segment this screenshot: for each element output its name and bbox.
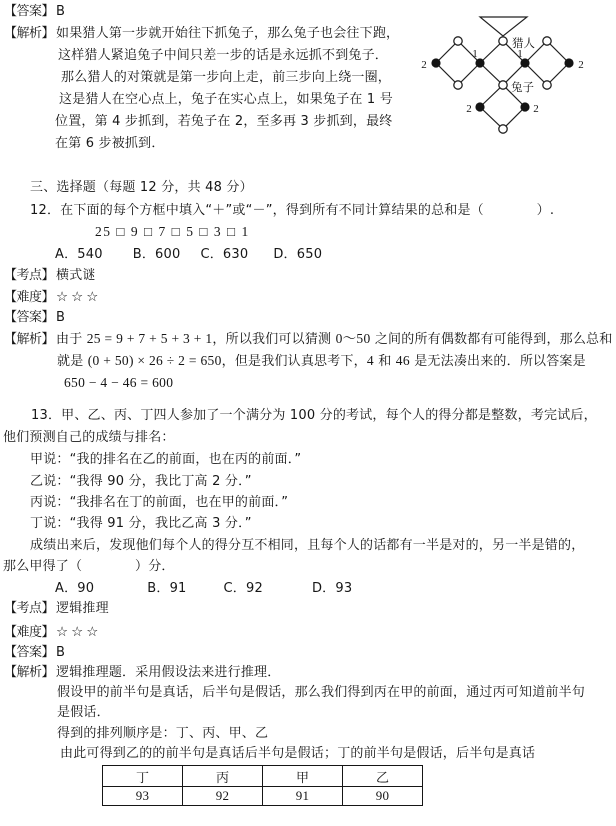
header-cell-jia: 甲 bbox=[263, 766, 343, 787]
q13-option-c: C．92 bbox=[224, 581, 263, 597]
q13-options: A．90B．91C．92D．93 bbox=[55, 581, 352, 597]
q13-statement-yi: 乙说：“我得 90 分，我比丁高 2 分．” bbox=[30, 474, 252, 490]
q13-option-b: B．91 bbox=[147, 581, 186, 597]
hunter-label: 猎人 bbox=[512, 36, 535, 50]
q11-analysis-line-5: 位置，第 4 步抓到，若兔子在 2，至多再 3 步抓到，最终 bbox=[55, 114, 392, 130]
q12-daan-line: 【答案】B bbox=[4, 310, 65, 326]
q12-jiexi-line-3: 650 − 4 − 46 = 600 bbox=[64, 375, 173, 392]
pos2-label: 2 bbox=[466, 103, 472, 115]
header-cell-yi: 乙 bbox=[343, 766, 423, 787]
open-node-hunter bbox=[499, 37, 507, 45]
hunter-rabbit-diagram: 1 1 2 2 2 2 猎人 兔子 bbox=[408, 2, 616, 147]
open-node bbox=[543, 81, 551, 89]
value-cell-bing: 92 bbox=[183, 787, 263, 806]
pos2-label: 2 bbox=[578, 59, 584, 71]
answer-label: 【答案】 bbox=[4, 310, 54, 325]
analysis-label: 【解析】 bbox=[4, 26, 54, 41]
pos1-label: 1 bbox=[472, 48, 478, 60]
rabbit-label: 兔子 bbox=[511, 80, 534, 94]
q13-closing-line-2: 那么甲得了（ ）分． bbox=[3, 559, 175, 575]
open-node bbox=[499, 125, 507, 133]
kaodian-label: 【考点】 bbox=[4, 601, 54, 616]
difficulty-stars: ☆☆☆ bbox=[56, 289, 101, 305]
document-page: 【答案】B 【解析】如果猎人第一步就开始往下抓兔子，那么兔子也会往下跑， 这样猎… bbox=[0, 0, 616, 826]
pos2-label: 2 bbox=[533, 103, 539, 115]
analysis-text: 由于 25 = 9 + 7 + 5 + 3 + 1，所以我们可以猜测 0～50 … bbox=[56, 332, 612, 347]
value-cell-yi: 90 bbox=[343, 787, 423, 806]
q13-jiexi-line-4: 得到的排列顺序是：丁、丙、甲、乙 bbox=[57, 726, 268, 742]
q13-stem-line-1: 13．甲、乙、丙、丁四人参加了一个满分为 100 分的考试，每个人的得分都是整数… bbox=[31, 408, 597, 424]
answer-value: B bbox=[56, 310, 65, 325]
open-node bbox=[454, 37, 462, 45]
q12-kaodian-line: 【考点】横式谜 bbox=[4, 268, 96, 284]
flag-triangle-icon bbox=[480, 17, 527, 36]
q13-statement-jia: 甲说：“我的排名在乙的前面，也在丙的前面．” bbox=[30, 452, 301, 468]
analysis-label: 【解析】 bbox=[4, 665, 54, 680]
open-node bbox=[454, 81, 462, 89]
q12-option-b: B．600 bbox=[133, 247, 181, 263]
header-cell-ding: 丁 bbox=[103, 766, 183, 787]
q13-closing-line-1: 成绩出来后，发现他们每个人的得分互不相同，且每个人的话都有一半是对的，另一半是错… bbox=[30, 538, 584, 554]
q13-jiexi-line-2: 假设甲的前半句是真话，后半句是假话，那么我们得到丙在甲的前面，通过丙可知道前半句 bbox=[57, 685, 585, 701]
filled-node-2 bbox=[564, 58, 573, 67]
open-node bbox=[543, 37, 551, 45]
score-table-header-row: 丁 丙 甲 乙 bbox=[103, 766, 423, 787]
filled-node-2 bbox=[520, 102, 529, 111]
answer-label: 【答案】 bbox=[4, 4, 54, 19]
value-cell-jia: 91 bbox=[263, 787, 343, 806]
q12-option-a: A．540 bbox=[55, 247, 103, 263]
kaodian-value: 逻辑推理 bbox=[56, 601, 109, 616]
q13-daan-line: 【答案】B bbox=[4, 645, 65, 661]
open-node-rabbit bbox=[499, 81, 507, 89]
score-table: 丁 丙 甲 乙 93 92 91 90 bbox=[102, 765, 423, 806]
kaodian-label: 【考点】 bbox=[4, 268, 54, 283]
q12-options: A．540B．600C．630D．650 bbox=[55, 247, 322, 263]
section3-title: 三、选择题（每题 12 分，共 48 分） bbox=[30, 180, 253, 196]
kaodian-value: 横式谜 bbox=[56, 268, 96, 283]
difficulty-stars: ☆☆☆ bbox=[56, 624, 101, 640]
analysis-text: 如果猎人第一步就开始往下抓兔子，那么兔子也会往下跑， bbox=[56, 26, 399, 41]
q13-jiexi-line-5: 由此可得到乙的的前半句是真话后半句是假话；丁的前半句是假话，后半句是真话 bbox=[60, 746, 535, 762]
score-table-value-row: 93 92 91 90 bbox=[103, 787, 423, 806]
answer-value: B bbox=[56, 4, 65, 19]
q12-option-d: D．650 bbox=[273, 247, 322, 263]
header-cell-bing: 丙 bbox=[183, 766, 263, 787]
q12-stem: 12．在下面的每个方框中填入“＋”或“－”，得到所有不同计算结果的总和是（ ）. bbox=[30, 203, 554, 219]
q13-option-d: D．93 bbox=[312, 581, 352, 597]
q11-analysis-line-3: 那么猎人的对策就是第一步向上走，前三步向上绕一圈， bbox=[61, 70, 391, 86]
q13-statement-bing: 丙说：“我排名在丁的前面，也在甲的前面．” bbox=[30, 495, 288, 511]
q11-analysis-line-6: 在第 6 步被抓到． bbox=[55, 136, 165, 152]
q13-jiexi-line-1: 【解析】逻辑推理题．采用假设法来进行推理． bbox=[4, 665, 280, 681]
answer-label: 【答案】 bbox=[4, 645, 54, 660]
q13-statement-ding: 丁说：“我得 91 分，我比乙高 3 分．” bbox=[30, 516, 252, 532]
filled-node-2 bbox=[431, 58, 440, 67]
q11-analysis-line-4: 这是猎人在空心点上，兔子在实心点上，如果兔子在 1 号 bbox=[59, 92, 393, 108]
q13-option-a: A．90 bbox=[55, 581, 94, 597]
q12-option-c: C．630 bbox=[200, 247, 248, 263]
value-cell-ding: 93 bbox=[103, 787, 183, 806]
q11-analysis-line-1: 【解析】如果猎人第一步就开始往下抓兔子，那么兔子也会往下跑， bbox=[4, 26, 399, 42]
q12-jiexi-line-2: 就是 (0 + 50) × 26 ÷ 2 = 650，但是我们认真思考下，4 和… bbox=[57, 353, 586, 370]
q13-nandu-line: 【难度】☆☆☆ bbox=[4, 624, 101, 641]
q12-expression: 25 □ 9 □ 7 □ 5 □ 3 □ 1 bbox=[95, 224, 250, 240]
q13-kaodian-line: 【考点】逻辑推理 bbox=[4, 601, 109, 617]
filled-node-2 bbox=[475, 102, 484, 111]
nandu-label: 【难度】 bbox=[4, 290, 54, 305]
q13-jiexi-line-3: 是假话． bbox=[57, 705, 110, 721]
analysis-label: 【解析】 bbox=[4, 332, 54, 347]
pos2-label: 2 bbox=[421, 59, 427, 71]
q12-nandu-line: 【难度】☆☆☆ bbox=[4, 289, 101, 306]
q13-stem-line-2: 他们预测自己的成绩与排名： bbox=[3, 430, 175, 446]
analysis-text: 逻辑推理题．采用假设法来进行推理． bbox=[56, 665, 280, 680]
q11-answer-line: 【答案】B bbox=[4, 4, 65, 20]
nandu-label: 【难度】 bbox=[4, 625, 54, 640]
answer-value: B bbox=[56, 645, 65, 660]
q11-analysis-line-2: 这样猎人紧追兔子中间只差一步的话是永远抓不到兔子． bbox=[58, 48, 388, 64]
q12-jiexi-line-1: 【解析】由于 25 = 9 + 7 + 5 + 3 + 1，所以我们可以猜测 0… bbox=[4, 331, 612, 348]
